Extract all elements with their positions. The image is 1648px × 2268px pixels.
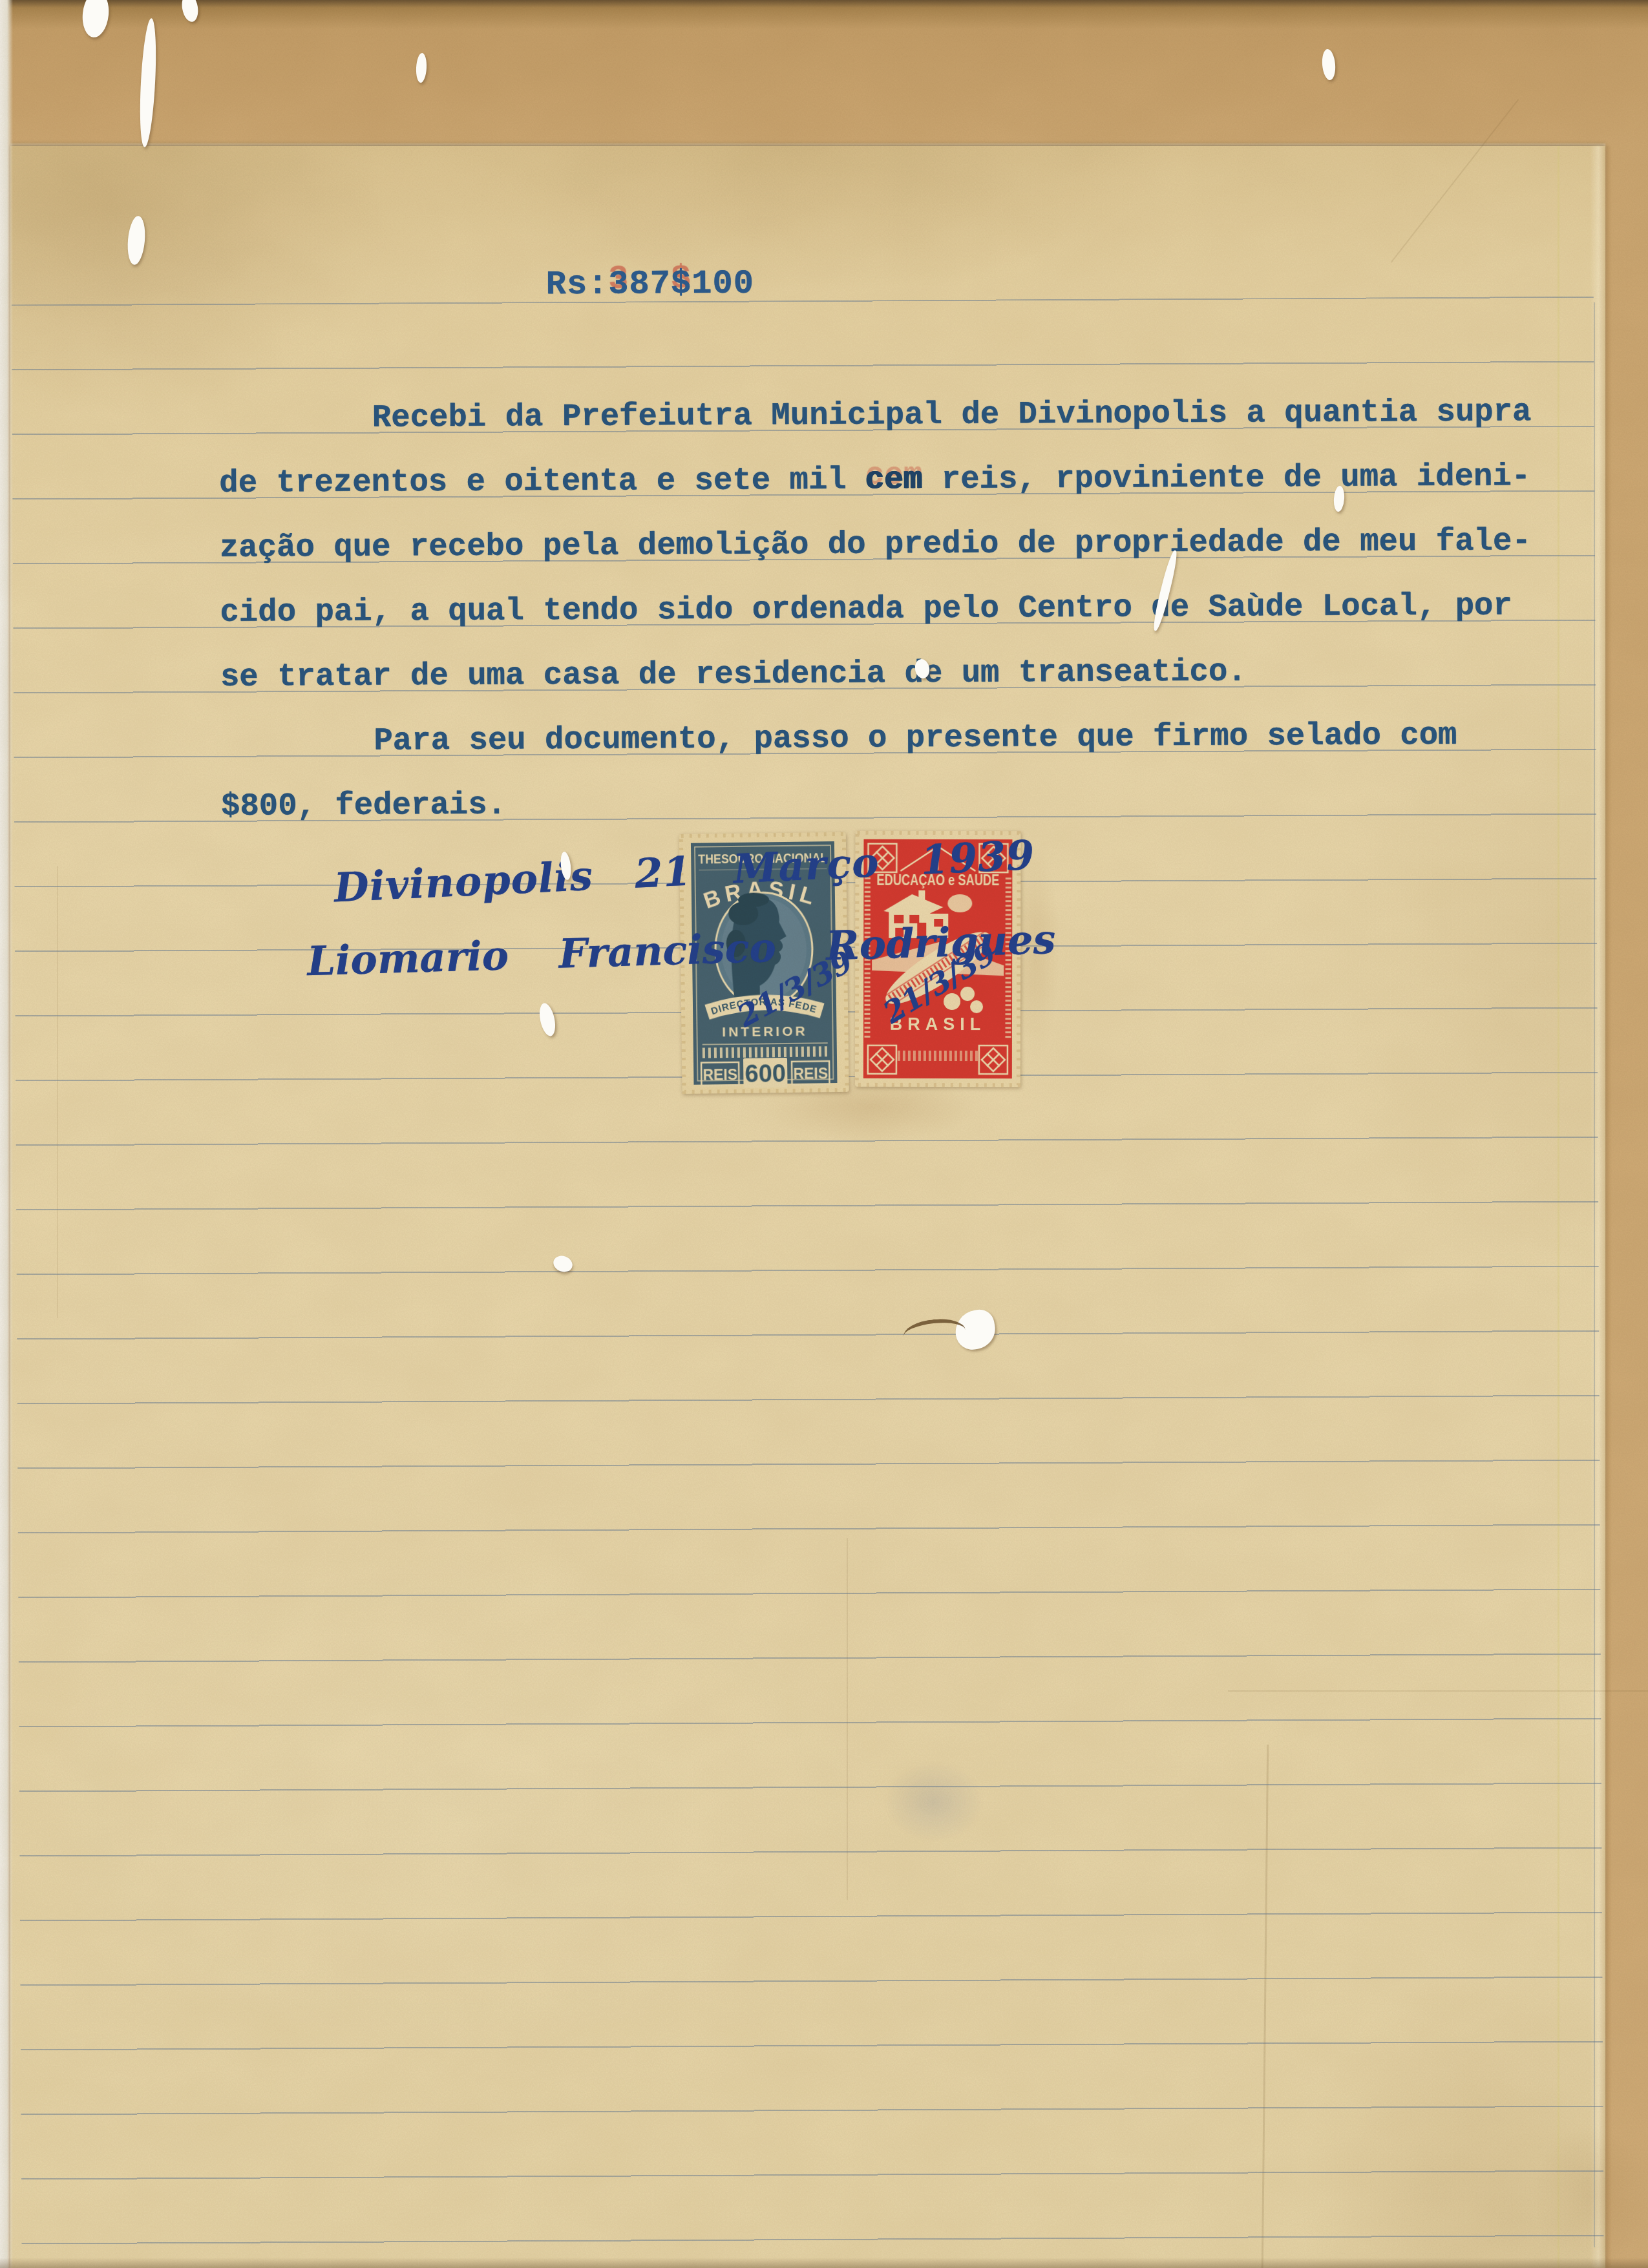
amount-mid: 87 — [629, 265, 671, 303]
page-content: Rs:387$100 Recebi da Prefeiutra Municipa… — [0, 0, 1648, 2268]
amount-header: Rs:387$100 — [546, 264, 754, 304]
typed-line-6: Para seu documento, passo o presente que… — [220, 716, 1457, 761]
amount-suffix: 100 — [692, 264, 754, 303]
amount-prefix: Rs: — [546, 266, 609, 304]
typed-line-7: $800, federais. — [221, 785, 506, 825]
typed-line-3: zação que recebo pela demolição do predi… — [220, 521, 1531, 567]
stamp-blue-value-label: 600 — [745, 1060, 786, 1088]
amount-digit-overstruck: 3 — [608, 265, 629, 303]
stamp-blue-reis-left-label: REIS — [703, 1066, 737, 1084]
typed-word-overstruck: cem — [865, 461, 923, 498]
typed-line-2a: de trezentos e oitenta e sete mil — [219, 462, 865, 501]
typed-line-4: cido pai, a qual tendo sido ordenada pel… — [220, 586, 1512, 631]
stamp-blue-department-label: INTERIOR — [722, 1024, 808, 1040]
typed-line-1: Recebi da Prefeiutra Municipal de Divino… — [219, 392, 1532, 438]
typed-line-2c: reis, rpoviniente de uma ideni- — [922, 458, 1530, 498]
typed-line-5: se tratar de uma casa de residencia de u… — [220, 652, 1247, 696]
scanned-receipt-page: Rs:387$100 Recebi da Prefeiutra Municipa… — [0, 0, 1648, 2268]
amount-dollar-overstruck: $ — [671, 265, 692, 303]
stamp-blue-reis-right-label: REIS — [793, 1065, 828, 1082]
